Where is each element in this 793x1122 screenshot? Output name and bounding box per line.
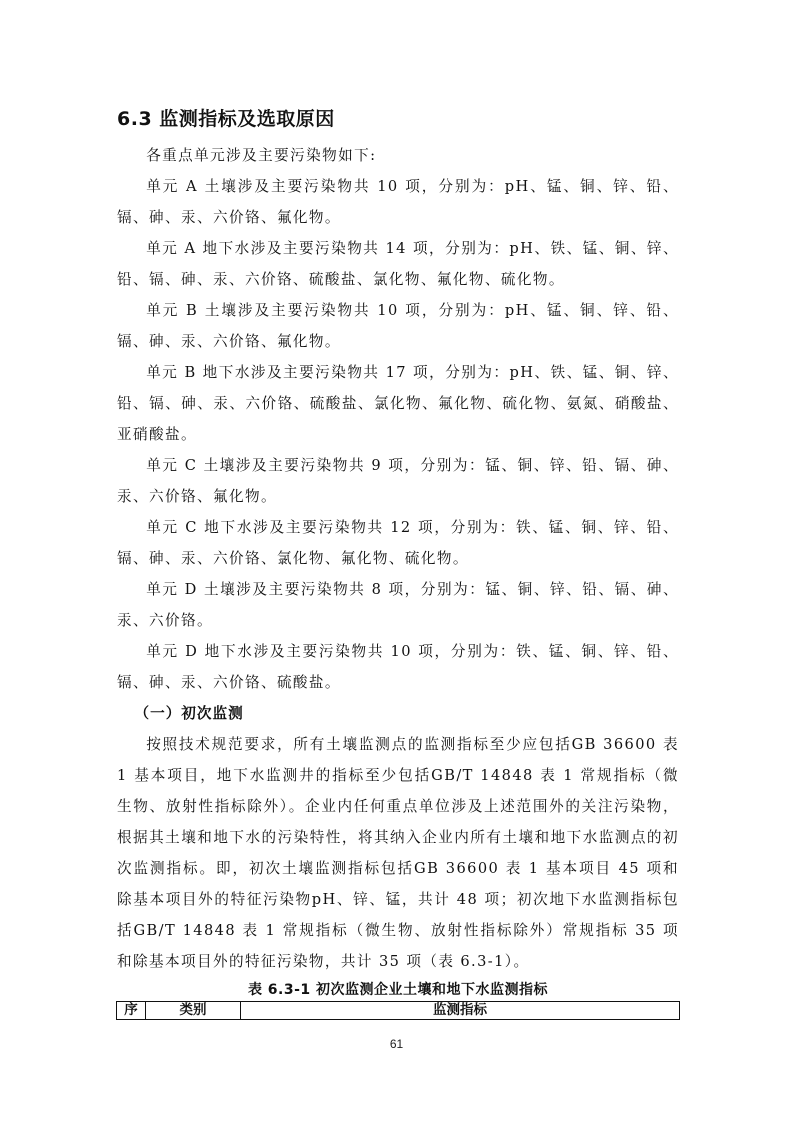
paragraph-unit-b-soil: 单元 B 土壤涉及主要污染物共 10 项，分别为：pH、锰、铜、锌、铅、镉、砷、… <box>117 295 679 357</box>
table-header-row: 序 类别 监测指标 <box>117 1002 680 1020</box>
paragraph-unit-d-groundwater: 单元 D 地下水涉及主要污染物共 10 项，分别为：铁、锰、铜、锌、铅、镉、砷、… <box>117 636 679 698</box>
paragraph-unit-c-groundwater: 单元 C 地下水涉及主要污染物共 12 项，分别为：铁、锰、铜、锌、铅、镉、砷、… <box>117 512 679 574</box>
paragraph-unit-d-soil: 单元 D 土壤涉及主要污染物共 8 项，分别为：锰、铜、锌、铅、镉、砷、汞、六价… <box>117 574 679 636</box>
paragraph-unit-c-soil: 单元 C 土壤涉及主要污染物共 9 项，分别为：锰、铜、锌、铅、镉、砷、汞、六价… <box>117 450 679 512</box>
table-header-indicators: 监测指标 <box>241 1002 680 1020</box>
table-header-category: 类别 <box>146 1002 241 1020</box>
paragraph-initial-monitoring: 按照技术规范要求，所有土壤监测点的监测指标至少应包括GB 36600 表 1 基… <box>117 729 679 977</box>
table-header-index: 序 <box>117 1002 146 1020</box>
paragraph-unit-a-soil: 单元 A 土壤涉及主要污染物共 10 项，分别为：pH、锰、铜、锌、铅、镉、砷、… <box>117 171 679 233</box>
monitoring-indicators-table: 序 类别 监测指标 <box>116 1001 680 1020</box>
paragraph-intro: 各重点单元涉及主要污染物如下: <box>117 140 679 171</box>
document-body: 各重点单元涉及主要污染物如下: 单元 A 土壤涉及主要污染物共 10 项，分别为… <box>117 140 679 1020</box>
subsection-heading: （一）初次监测 <box>117 698 679 729</box>
page-number: 61 <box>0 1037 793 1051</box>
section-heading: 6.3 监测指标及选取原因 <box>117 104 335 131</box>
paragraph-unit-b-groundwater: 单元 B 地下水涉及主要污染物共 17 项，分别为：pH、铁、锰、铜、锌、铅、镉… <box>117 357 679 450</box>
paragraph-unit-a-groundwater: 单元 A 地下水涉及主要污染物共 14 项，分别为：pH、铁、锰、铜、锌、铅、镉… <box>117 233 679 295</box>
table-caption: 表 6.3-1 初次监测企业土壤和地下水监测指标 <box>117 979 679 1001</box>
document-page: 6.3 监测指标及选取原因 各重点单元涉及主要污染物如下: 单元 A 土壤涉及主… <box>0 0 793 1122</box>
